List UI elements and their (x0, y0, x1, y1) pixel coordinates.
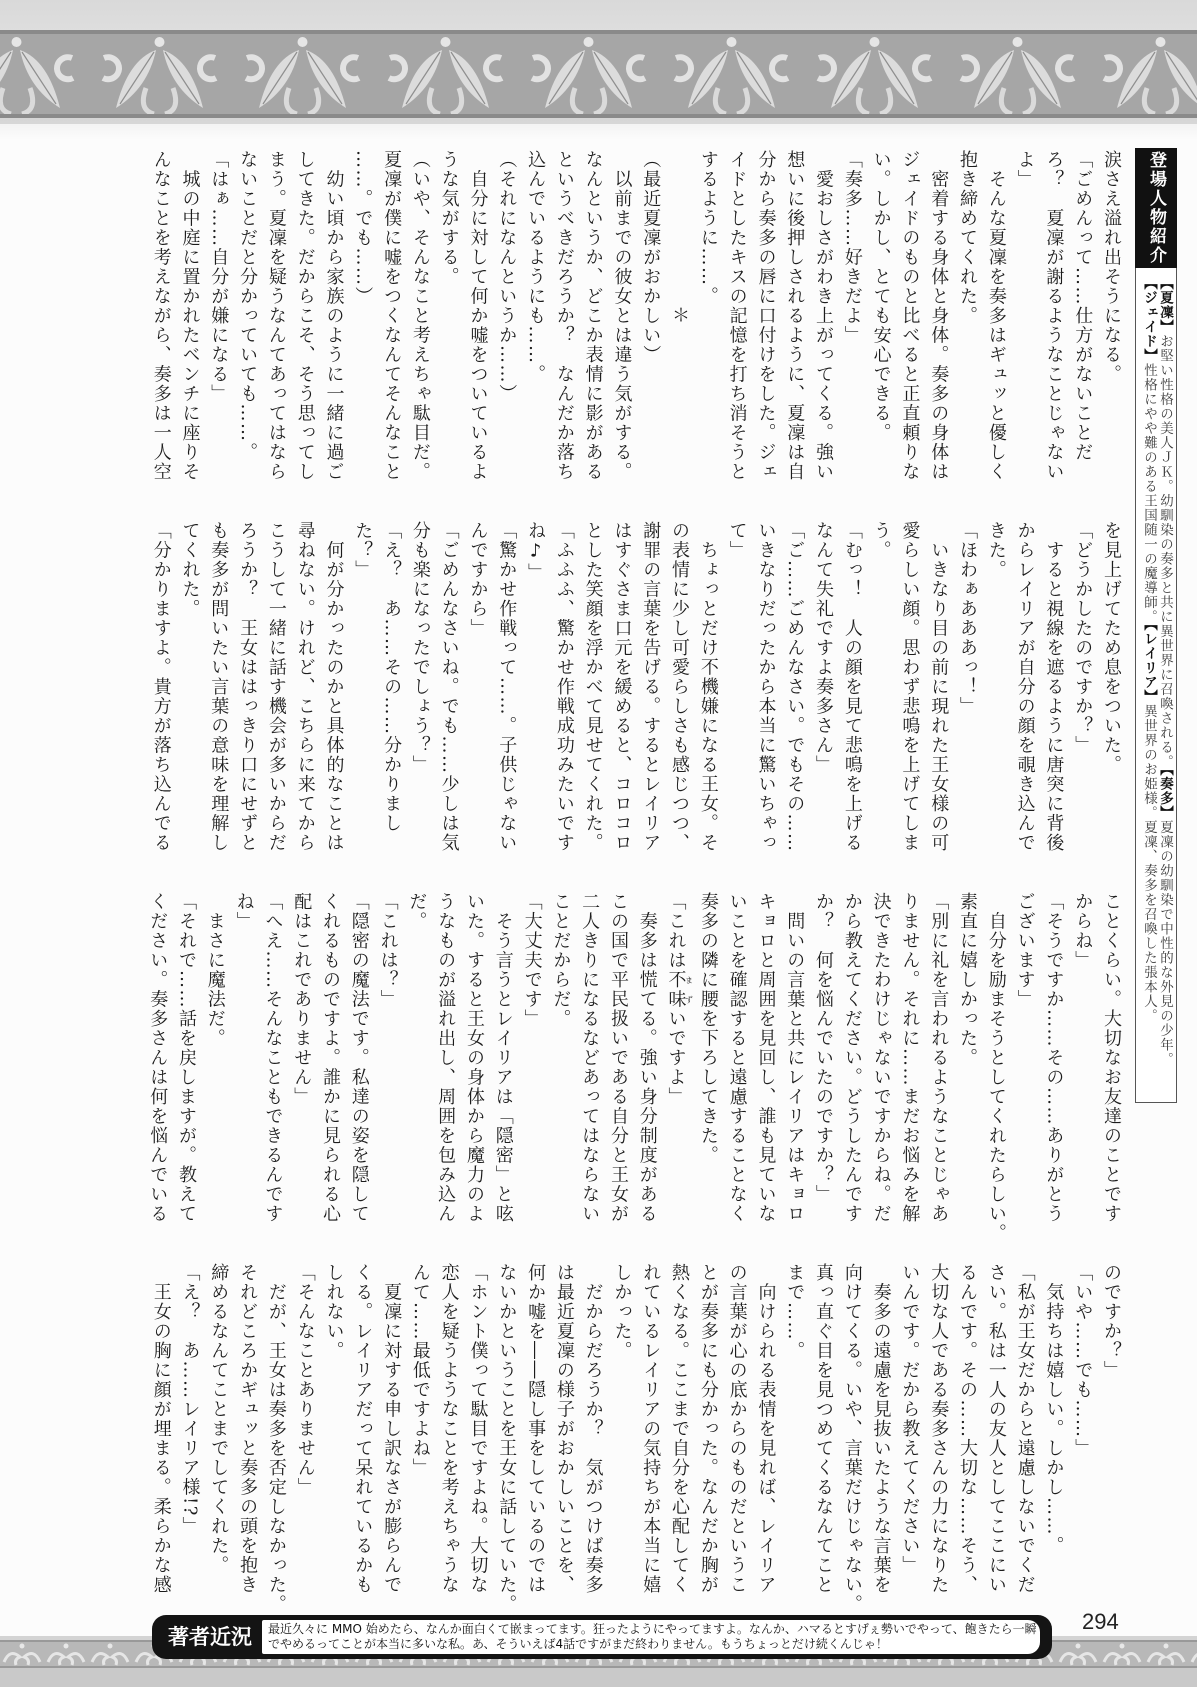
author-notes-line: 最近久々に MMO 始めたら、なんか面白くて嵌まってます。狂ったようにやってます… (268, 1622, 1034, 1637)
text-column: まう。夏凜を疑うなんてあってはなら (261, 150, 290, 490)
text-column: う。 (866, 521, 895, 861)
text-column: 問いの言葉と共にレイリアはキョロ (779, 892, 808, 1232)
text-column: まで……。 (779, 1263, 808, 1603)
text-column: くれるものですよ。誰かに見られる心 (315, 892, 344, 1232)
text-column: ください。奏多さんは何を悩んでいる (142, 892, 171, 1232)
text-column: 「ごめんって……仕方がないことだ (1067, 150, 1096, 490)
text-tier-1: 涙さえ溢れ出そうになる。 「ごめんって……仕方がないことだ ろ？ 夏凜が謝るよう… (145, 150, 1125, 490)
text-column: この国で平民扱いである自分と王女が (603, 892, 632, 1232)
text-column: 何か嘘を――隠し事をしているのでは (520, 1263, 549, 1603)
text-column: からね」 (1067, 892, 1096, 1232)
author-notes-text: 最近久々に MMO 始めたら、なんか面白くて嵌まってます。狂ったようにやってます… (262, 1620, 1040, 1654)
text-column: とした笑顔を浮かべて見せてくれた。 (578, 521, 607, 861)
text-column: た？」 (347, 521, 376, 861)
character-description: お堅い性格の美人ＪＫ。幼馴染の奏多と共に異世界に召喚される。 (1157, 334, 1173, 769)
text-column: ございます」 (1010, 892, 1039, 1232)
text-column: よ」 (1010, 150, 1039, 490)
text-column: ね」 (229, 892, 258, 1232)
text-column: の表情に少し可愛らしさも感じつつ、 (664, 521, 693, 861)
text-column: 「隠密の魔法です。私達の姿を隠して (344, 892, 373, 1232)
text-column: イドとしたキスの記憶を打ち消そうと (722, 150, 751, 490)
text-column: の言葉が心の底からのものだというこ (722, 1263, 751, 1603)
text-column: さい。私は一人の友人としてここにい (981, 1263, 1010, 1603)
text-column: んて……最低ですよね」 (405, 1263, 434, 1603)
text-column: 配はこれでありません」 (286, 892, 315, 1232)
text-column: 尋ねない。けれど、こちらに来てから (290, 521, 319, 861)
text-column: くる。レイリアだって呆れているかも (347, 1263, 376, 1603)
ruby-reading: まず (685, 970, 694, 1009)
text-column: ないことだと分かっていても……。 (232, 150, 261, 490)
text-column: ちょっとだけ不機嫌になる王女。そ (693, 521, 722, 861)
character-intro-title: 登場人物紹介 (1135, 148, 1177, 268)
text-column: こうして一緒に話す機会が多いからだ (261, 521, 290, 861)
text-column: 「ふふふ、驚かせ作戦成功みたいです (549, 521, 578, 861)
text-column: 「え？ あ……その……分かりまし (376, 521, 405, 861)
text-column: うなものが溢れ出し、周囲を包み込ん (430, 892, 459, 1232)
text-column: すると視線を遮るように唐突に背後 (1039, 521, 1068, 861)
text-column: 涙さえ溢れ出そうになる。 (1096, 150, 1125, 490)
text-column: だが、王女は奏多を否定しなかった。 (261, 1263, 290, 1603)
text-column: きた。 (981, 521, 1010, 861)
text-column: だからだろうか？ 気がつけば奏多 (578, 1263, 607, 1603)
text-column: それどころかギュッと奏多の頭を抱き (232, 1263, 261, 1603)
text-column: しれない。 (319, 1263, 348, 1603)
text-column: てくれた。 (175, 521, 204, 861)
text-column: りません。それに……まだお悩みを解 (895, 892, 924, 1232)
text-column: て」 (722, 521, 751, 861)
page-number: 294 (1082, 1609, 1119, 1635)
text-column: 「ホント僕って駄目ですよね。大切な (463, 1263, 492, 1603)
text-column: 愛おしさがわき上がってくる。強い (808, 150, 837, 490)
ruby-base: 不味 (666, 970, 687, 1009)
text-column: ろうか？ 王女ははっきり口にせずと (232, 521, 261, 861)
text-column: 熱くなる。ここまで自分を心配してく (664, 1263, 693, 1603)
text-column: ……。でも……） (347, 150, 376, 490)
text-tier-3: ことくらい。大切なお友達のことです からね」 「そうですか……その……ありがとう… (145, 892, 1125, 1232)
text-column: 「むっ！ 人の顔を見て悲鳴を上げる (837, 521, 866, 861)
text-column: 決できたわけじゃないですからね。だ (866, 892, 895, 1232)
text-column: 「そんなことありません」 (290, 1263, 319, 1603)
text-column: 謝罪の言葉を告げる。するとレイリア (635, 521, 664, 861)
text-column: 向けてくる。いや、言葉だけじゃない。 (837, 1263, 866, 1603)
text-fragment: いですよ」 (666, 1009, 687, 1107)
text-column: ろ？ 夏凜が謝るようなことじゃない (1039, 150, 1068, 490)
text-column: れているレイリアの気持ちが本当に嬉 (635, 1263, 664, 1603)
text-column: 自分に対して何か嘘をついているよ (463, 150, 492, 490)
character-name: 【夏凜】 (1157, 276, 1173, 334)
text-column: 込んでいるようにも……。 (520, 150, 549, 490)
text-column: んですから」 (463, 521, 492, 861)
text-column: からレイリアが自分の顔を覗き込んで (1010, 521, 1039, 861)
text-column: 奏多の遠慮を見抜いたような言葉を (866, 1263, 895, 1603)
text-column: を見上げてため息をついた。 (1096, 521, 1125, 861)
text-column: いんです。だから教えてください」 (895, 1263, 924, 1603)
text-column: るんです。その……大切な……そう、 (952, 1263, 981, 1603)
text-column: 大切な人である奏多さんの力になりた (923, 1263, 952, 1603)
text-column-with-ruby: 「これは不味まずいですよ」 (661, 892, 693, 1232)
text-column: 分から奏多の唇に口付けをした。ジェ (751, 150, 780, 490)
text-column: うな気がする。 (434, 150, 463, 490)
text-tier-4: のですか？」 「いや……でも……」 気持ちは嬉しい。しかし……。 「私が王女だか… (145, 1263, 1125, 1603)
text-column: ことだからだ。 (546, 892, 575, 1232)
text-column: も奏多が問いたい言葉の意味を理解し (204, 521, 233, 861)
text-column: 「へえ……そんなこともできるんです (258, 892, 287, 1232)
text-column: か？ 何を悩んでいたのですか？」 (808, 892, 837, 1232)
character-name: 【ジェイド】 (1141, 276, 1157, 363)
text-fragment: 「これは (666, 892, 687, 970)
text-column: 「奏多……好きだよ」 (837, 150, 866, 490)
text-column: 向けられる表情を見れば、レイリア (751, 1263, 780, 1603)
text-column: 「ご……ごめんなさい。でもその…… (779, 521, 808, 861)
text-column: 分も楽になったでしょう？」 (405, 521, 434, 861)
author-notes: 著者近況 最近久々に MMO 始めたら、なんか面白くて嵌まってます。狂ったように… (152, 1615, 1052, 1659)
text-column: 「これは？」 (373, 892, 402, 1232)
text-column: 「ごめんなさいね。でも……少しは気 (434, 521, 463, 861)
text-column: 「それで……話を戻しますが。教えて (171, 892, 200, 1232)
text-column: 「私が王女だからと遠慮しないでくだ (1010, 1263, 1039, 1603)
text-tier-2: を見上げてため息をついた。 「どうかしたのですか？」 すると視線を遮るように唐突… (145, 521, 1125, 861)
text-column: 夏凜が僕に嘘をつくなんてそんなこと (376, 150, 405, 490)
text-column: 「いや……でも……」 (1067, 1263, 1096, 1603)
text-column: なんというか、どこか表情に影がある (578, 150, 607, 490)
text-column: 締めるなんてことまでしてくれた。 (204, 1263, 233, 1603)
text-column: 以前までの彼女とは違う気がする。 (607, 150, 636, 490)
character-description: 異世界のお姫様。夏凜、奏多を召喚した張本人。 (1141, 704, 1157, 1023)
text-column: （最近夏凜がおかしい） (635, 150, 664, 490)
text-column: 「どうかしたのですか？」 (1067, 521, 1096, 861)
author-notes-line: でやめるってことが本当に多いな私。あ、そういえば4話ですがまだ終わりません。もう… (268, 1637, 1034, 1652)
text-column: はすぐさま口元を緩めると、コロコロ (607, 521, 636, 861)
text-column: ことくらい。大切なお友達のことです (1096, 892, 1125, 1232)
text-column: から教えてください。どうしたんです (837, 892, 866, 1232)
text-column: 城の中庭に置かれたベンチに座りそ (175, 150, 204, 490)
character-intro-column: 【ジェイド】性格にやや難のある王国随一の魔導師。【レイリア】異世界のお姫様。夏凜… (1141, 276, 1157, 1094)
text-column: キョロと周囲を見回し、誰も見ていな (751, 892, 780, 1232)
text-column: するように……。 (693, 150, 722, 490)
text-column: そんな夏凜を奏多はギュッと優しく (981, 150, 1010, 490)
text-column: してきた。だからこそ、そう思ってし (290, 150, 319, 490)
text-column: 「え？ あ……レイリア様!?」 (175, 1263, 204, 1603)
character-name: 【奏多】 (1157, 769, 1173, 820)
text-column: なんて失礼ですよ奏多さん」 (808, 521, 837, 861)
text-column: とが奏多にも分かった。なんだか胸が (693, 1263, 722, 1603)
text-column: は最近夏凜の様子がおかしいことを、 (549, 1263, 578, 1603)
text-column: 夏凜に対する申し訳なさが膨らんで (376, 1263, 405, 1603)
text-column: 愛らしい顔。思わず悲鳴を上げてしま (895, 521, 924, 861)
text-column: （いや、そんなこと考えちゃ駄目だ。 (405, 150, 434, 490)
text-column: いた。すると王女の身体から魔力のよ (459, 892, 488, 1232)
text-column: 「分かりますよ。貴方が落ち込んでる (146, 521, 175, 861)
author-notes-label: 著者近況 (168, 1615, 252, 1659)
text-column: 「はぁ……自分が嫌になる」 (204, 150, 233, 490)
character-description: 性格にやや難のある王国随一の魔導師。 (1141, 363, 1157, 624)
text-column: ないかということを王女に話していた。 (491, 1263, 520, 1603)
text-column: い。しかし、とても安心できる。 (866, 150, 895, 490)
text-column: のですか？」 (1096, 1263, 1125, 1603)
character-intro: 【夏凜】お堅い性格の美人ＪＫ。幼馴染の奏多と共に異世界に召喚される。【奏多】夏凜… (1135, 268, 1177, 1103)
text-column: 自分を励まそうとしてくれたらしい。 (981, 892, 1010, 1232)
text-column: いきなり目の前に現れた王女様の可 (923, 521, 952, 861)
text-column: ね♪」 (520, 521, 549, 861)
text-column: まさに魔法だ。 (200, 892, 229, 1232)
text-column: 密着する身体と身体。奏多の身体は (923, 150, 952, 490)
text-column: （それになんというか……） (491, 150, 520, 490)
text-column: 真っ直ぐ目を見つめてくるなんてこと (808, 1263, 837, 1603)
text-column: 幼い頃から家族のように一緒に過ご (319, 150, 348, 490)
text-column: そう言うとレイリアは「隠密」と呟 (488, 892, 517, 1232)
text-column: んなことを考えながら、奏多は一人空 (146, 150, 175, 490)
text-column: しかった。 (607, 1263, 636, 1603)
text-column: 「そうですか……その……ありがとう (1039, 892, 1068, 1232)
text-column: 「驚かせ作戦って……。子供じゃない (491, 521, 520, 861)
ruby-annotation: 不味まず (666, 970, 687, 1009)
text-column: 奏多は慌てる。強い身分制度がある (632, 892, 661, 1232)
text-column: 「別に礼を言われるようなことじゃあ (923, 892, 952, 1232)
section-break-asterisk: ＊ (664, 150, 693, 490)
text-column: 「ほわぁあああっ！」 (952, 521, 981, 861)
character-intro-column: 【夏凜】お堅い性格の美人ＪＫ。幼馴染の奏多と共に異世界に召喚される。【奏多】夏凜… (1157, 276, 1173, 1094)
text-column: 奏多の隣に腰を下ろしてきた。 (693, 892, 722, 1232)
text-column: 抱き締めてくれた。 (952, 150, 981, 490)
text-column: というべきだろうか？ なんだか落ち (549, 150, 578, 490)
text-column: 何が分かったのかと具体的なことは (319, 521, 348, 861)
text-column: いきなりだったから本当に驚いちゃっ (751, 521, 780, 861)
text-column: 王女の胸に顔が埋まる。柔らかな感 (146, 1263, 175, 1603)
text-column: いことを確認すると遠慮することなく (722, 892, 751, 1232)
text-column: 恋人を疑うようなことを考えちゃうな (434, 1263, 463, 1603)
text-column: 二人きりになるなどあってはならない (574, 892, 603, 1232)
character-description: 夏凜の幼馴染で中性的な外見の少年。 (1157, 820, 1173, 1067)
text-column: だ。 (402, 892, 431, 1232)
character-name: 【レイリア】 (1141, 624, 1157, 704)
text-column: 「大丈夫です」 (517, 892, 546, 1232)
text-column: 気持ちは嬉しい。しかし……。 (1039, 1263, 1068, 1603)
text-column: ジェイドのものと比べると正直頼りな (895, 150, 924, 490)
top-ornament-border (0, 0, 1197, 140)
text-column: 想いに後押しされるように、夏凜は自 (779, 150, 808, 490)
text-column: 素直に嬉しかった。 (952, 892, 981, 1232)
